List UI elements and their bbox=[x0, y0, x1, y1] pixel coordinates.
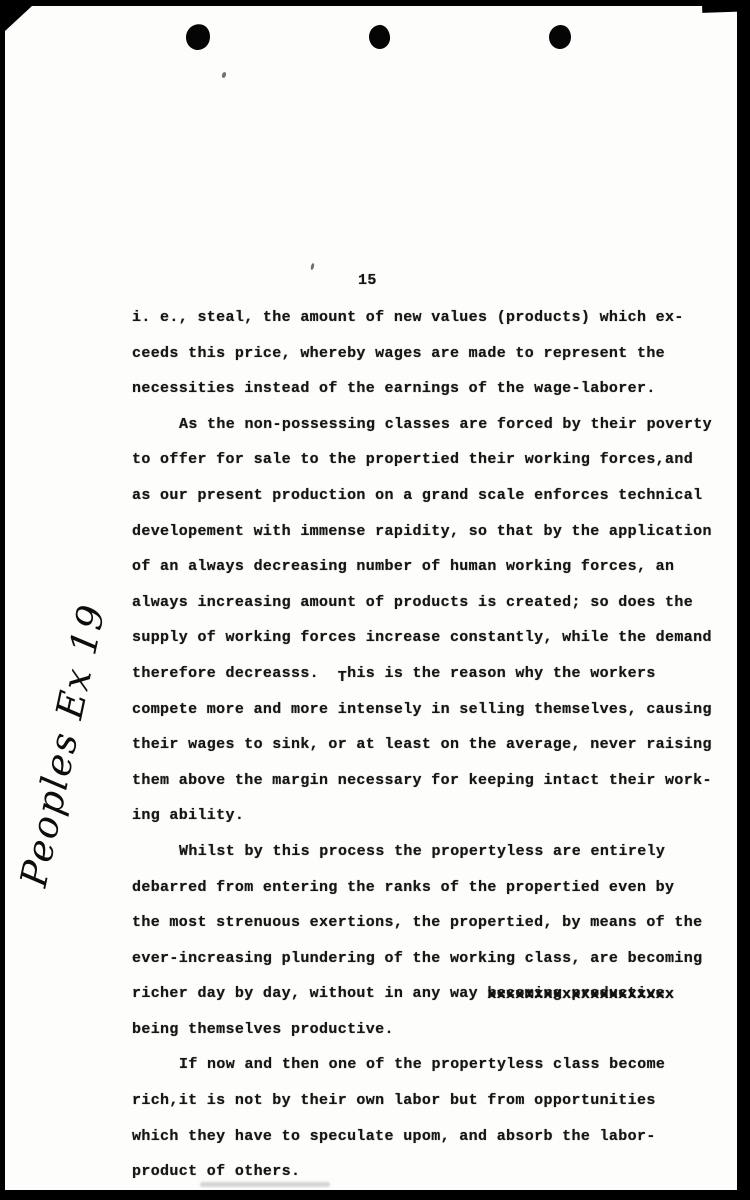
text-line: compete more and more intensely in selli… bbox=[132, 692, 732, 728]
document-page: 15 i. e., steal, the amount of new value… bbox=[5, 6, 737, 1190]
text-line: i. e., steal, the amount of new values (… bbox=[132, 300, 732, 336]
text-line: Whilst by this process the propertyless … bbox=[132, 834, 732, 870]
text-line: debarred from entering the ranks of the … bbox=[132, 870, 732, 906]
page-number: 15 bbox=[358, 272, 377, 289]
struck-text: becoming productive xxxxxxxxxxxxxxxxxxxx bbox=[487, 976, 674, 1012]
text-block: i. e., steal, the amount of new values (… bbox=[132, 300, 732, 1190]
text-line: ever-increasing plundering of the workin… bbox=[132, 941, 732, 977]
text-line: richer day by day, without in any way be… bbox=[132, 976, 732, 1012]
typewriter-strikeout: xxxxxxxxxxxxxxxxxxxx bbox=[487, 977, 674, 1013]
text-line: their wages to sink, or at least on the … bbox=[132, 727, 732, 763]
punch-hole-right bbox=[548, 24, 572, 49]
text-line: as our present production on a grand sca… bbox=[132, 478, 732, 514]
text-line: to offer for sale to the propertied thei… bbox=[132, 442, 732, 478]
text-line: ing ability. bbox=[132, 798, 732, 834]
text-line: them above the margin necessary for keep… bbox=[132, 763, 732, 799]
scan-speck bbox=[221, 71, 227, 78]
text-line: being themselves productive. bbox=[132, 1012, 732, 1048]
text-line: rich,it is not by their own labor but fr… bbox=[132, 1083, 732, 1119]
punch-hole-left bbox=[184, 22, 213, 52]
text-line: the most strenuous exertions, the proper… bbox=[132, 905, 732, 941]
text-line: product of others. bbox=[132, 1154, 732, 1190]
text-line: If now and then one of the propertyless … bbox=[132, 1047, 732, 1083]
text-line: which they have to speculate upom, and a… bbox=[132, 1119, 732, 1155]
scan-edge-blot bbox=[702, 0, 750, 13]
text-line: of an always decreasing number of human … bbox=[132, 549, 732, 585]
text-line: always increasing amount of products is … bbox=[132, 585, 732, 621]
scanned-document: { "colors": { "paper": "#fdfdfc", "ink":… bbox=[0, 0, 750, 1200]
text-line: As the non-possessing classes are forced… bbox=[132, 407, 732, 443]
text-line: therefore decreasss. This is the reason … bbox=[132, 656, 732, 692]
text-line: necessities instead of the earnings of t… bbox=[132, 371, 732, 407]
text-line: developement with immense rapidity, so t… bbox=[132, 514, 732, 550]
text-line: supply of working forces increase consta… bbox=[132, 620, 732, 656]
text-line: ceeds this price, whereby wages are made… bbox=[132, 336, 732, 372]
punch-hole-center bbox=[368, 24, 391, 50]
exhibit-stamp-handwriting: Peoples Ex 19 bbox=[12, 600, 114, 891]
scan-speck bbox=[310, 263, 315, 271]
